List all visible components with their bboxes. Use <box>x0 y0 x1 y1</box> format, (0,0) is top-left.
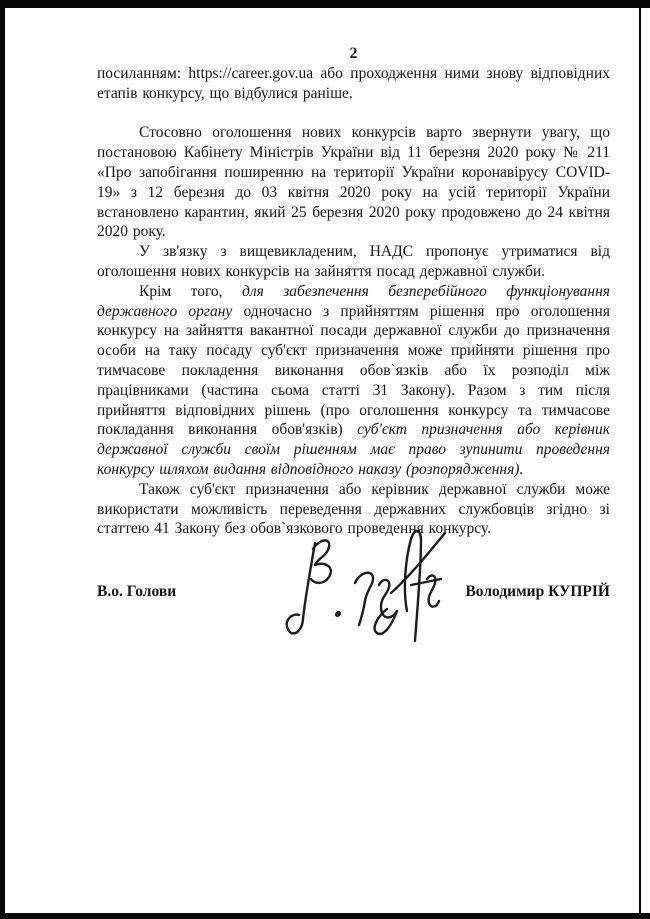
paragraph: Також суб'єкт призначення або керівник д… <box>97 480 610 539</box>
scan-edge-left <box>0 0 5 919</box>
scanned-document-page: 2 посиланням: https://career.gov.ua або … <box>0 0 650 919</box>
paragraph-run: Крім того, <box>139 283 242 300</box>
paragraph: посиланням: https://career.gov.ua або пр… <box>97 64 610 104</box>
paragraph-run: Також суб'єкт призначення або керівник д… <box>97 481 610 538</box>
signature-block: В.о. Голови Володимир КУПРІЙ <box>97 583 610 601</box>
paragraph-run: одночасно з прийняттям рішення про оголо… <box>97 303 610 439</box>
paragraph-run: У зв'язку з вищевикладеним, НАДС пропону… <box>97 243 610 280</box>
paragraph-run: Стосовно оголошення нових конкурсів варт… <box>97 124 610 240</box>
document-body: посиланням: https://career.gov.ua або пр… <box>97 64 610 539</box>
document-content: 2 посиланням: https://career.gov.ua або … <box>97 44 610 601</box>
signer-position-label: В.о. Голови <box>97 583 176 601</box>
signer-name: Володимир КУПРІЙ <box>465 583 610 601</box>
handwritten-signature <box>279 521 449 656</box>
paragraph-run: посиланням: https://career.gov.ua або пр… <box>97 65 610 102</box>
paragraph: У зв'язку з вищевикладеним, НАДС пропону… <box>97 242 610 282</box>
page-number: 2 <box>97 44 610 64</box>
paragraph: Стосовно оголошення нових конкурсів варт… <box>97 123 610 242</box>
scan-edge-bottom <box>0 913 650 919</box>
paragraph: Крім того, для забезпечення безперебійно… <box>97 282 610 480</box>
scan-edge-right <box>639 0 641 919</box>
scan-edge-top <box>0 0 650 8</box>
